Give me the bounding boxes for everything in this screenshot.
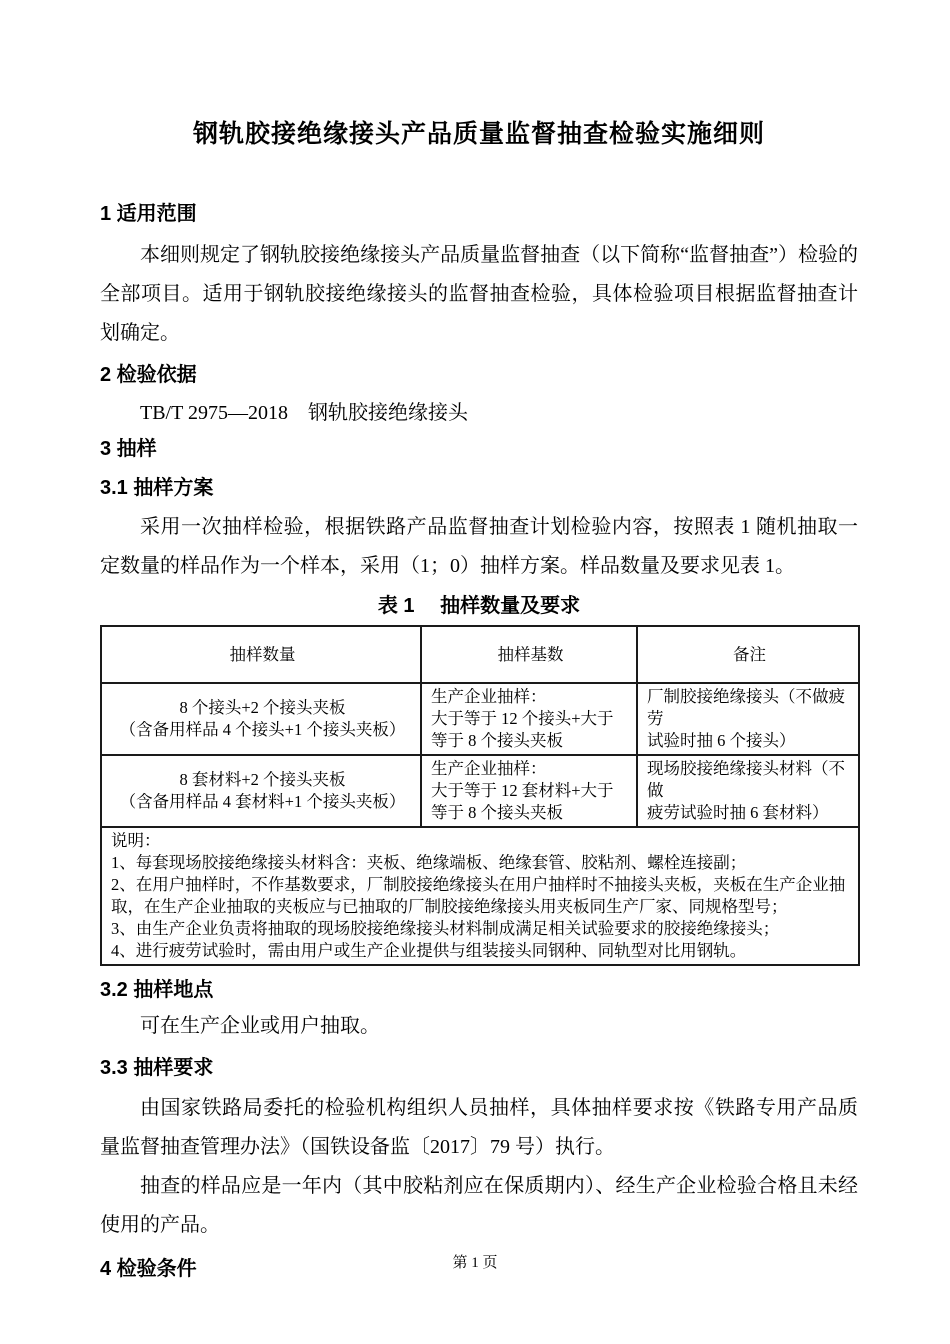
paragraph-sampling-requirements-2: 抽查的样品应是一年内（其中胶粘剂应在保质期内）、经生产企业检验合格且未经使用的产… bbox=[100, 1167, 858, 1245]
table-row: 8 个接头+2 个接头夹板 （含备用样品 4 个接头+1 个接头夹板） 生产企业… bbox=[101, 683, 859, 755]
section-heading-sampling-location: 3.2 抽样地点 bbox=[100, 978, 858, 1002]
document-content: 钢轨胶接绝缘接头产品质量监督抽查检验实施细则 1 适用范围 本细则规定了钢轨胶接… bbox=[100, 0, 858, 1281]
section-heading-sampling-plan: 3.1 抽样方案 bbox=[100, 476, 858, 500]
paragraph-scope: 本细则规定了钢轨胶接绝缘接头产品质量监督抽查（以下简称“监督抽查”）检验的全部项… bbox=[100, 236, 858, 353]
cell-base: 生产企业抽样： 大于等于 12 个接头+大于 等于 8 个接头夹板 bbox=[421, 683, 637, 755]
document-page: 钢轨胶接绝缘接头产品质量监督抽查检验实施细则 1 适用范围 本细则规定了钢轨胶接… bbox=[0, 0, 950, 1344]
table-row: 8 套材料+2 个接头夹板 （含备用样品 4 套材料+1 个接头夹板） 生产企业… bbox=[101, 755, 859, 827]
section-heading-sampling: 3 抽样 bbox=[100, 437, 858, 461]
header-cell-remark: 备注 bbox=[637, 626, 859, 683]
table-notes-cell: 说明： 1、每套现场胶接绝缘接头材料含：夹板、绝缘端板、绝缘套管、胶粘剂、螺栓连… bbox=[101, 827, 859, 965]
paragraph-sampling-location: 可在生产企业或用户抽取。 bbox=[100, 1007, 858, 1046]
table-notes-row: 说明： 1、每套现场胶接绝缘接头材料含：夹板、绝缘端板、绝缘套管、胶粘剂、螺栓连… bbox=[101, 827, 859, 965]
table-caption: 表 1 抽样数量及要求 bbox=[100, 594, 858, 618]
paragraph-sampling-plan: 采用一次抽样检验，根据铁路产品监督抽查计划检验内容，按照表 1 随机抽取一定数量… bbox=[100, 508, 858, 586]
cell-quantity: 8 个接头+2 个接头夹板 （含备用样品 4 个接头+1 个接头夹板） bbox=[101, 683, 421, 755]
cell-remark: 现场胶接绝缘接头材料（不做 疲劳试验时抽 6 套材料） bbox=[637, 755, 859, 827]
header-cell-base: 抽样基数 bbox=[421, 626, 637, 683]
paragraph-sampling-requirements-1: 由国家铁路局委托的检验机构组织人员抽样，具体抽样要求按《铁路专用产品质量监督抽查… bbox=[100, 1089, 858, 1167]
section-heading-basis: 2 检验依据 bbox=[100, 363, 858, 387]
sampling-table: 抽样数量 抽样基数 备注 8 个接头+2 个接头夹板 （含备用样品 4 个接头+… bbox=[100, 625, 860, 966]
section-heading-sampling-requirements: 3.3 抽样要求 bbox=[100, 1056, 858, 1080]
document-title: 钢轨胶接绝缘接头产品质量监督抽查检验实施细则 bbox=[100, 119, 858, 149]
header-cell-quantity: 抽样数量 bbox=[101, 626, 421, 683]
cell-base: 生产企业抽样： 大于等于 12 套材料+大于 等于 8 个接头夹板 bbox=[421, 755, 637, 827]
table-header-row: 抽样数量 抽样基数 备注 bbox=[101, 626, 859, 683]
cell-quantity: 8 套材料+2 个接头夹板 （含备用样品 4 套材料+1 个接头夹板） bbox=[101, 755, 421, 827]
cell-remark: 厂制胶接绝缘接头（不做疲劳 试验时抽 6 个接头） bbox=[637, 683, 859, 755]
paragraph-standard-reference: TB/T 2975—2018 钢轨胶接绝缘接头 bbox=[100, 394, 858, 432]
section-heading-scope: 1 适用范围 bbox=[100, 202, 858, 226]
page-number: 第 1 页 bbox=[0, 1253, 950, 1273]
